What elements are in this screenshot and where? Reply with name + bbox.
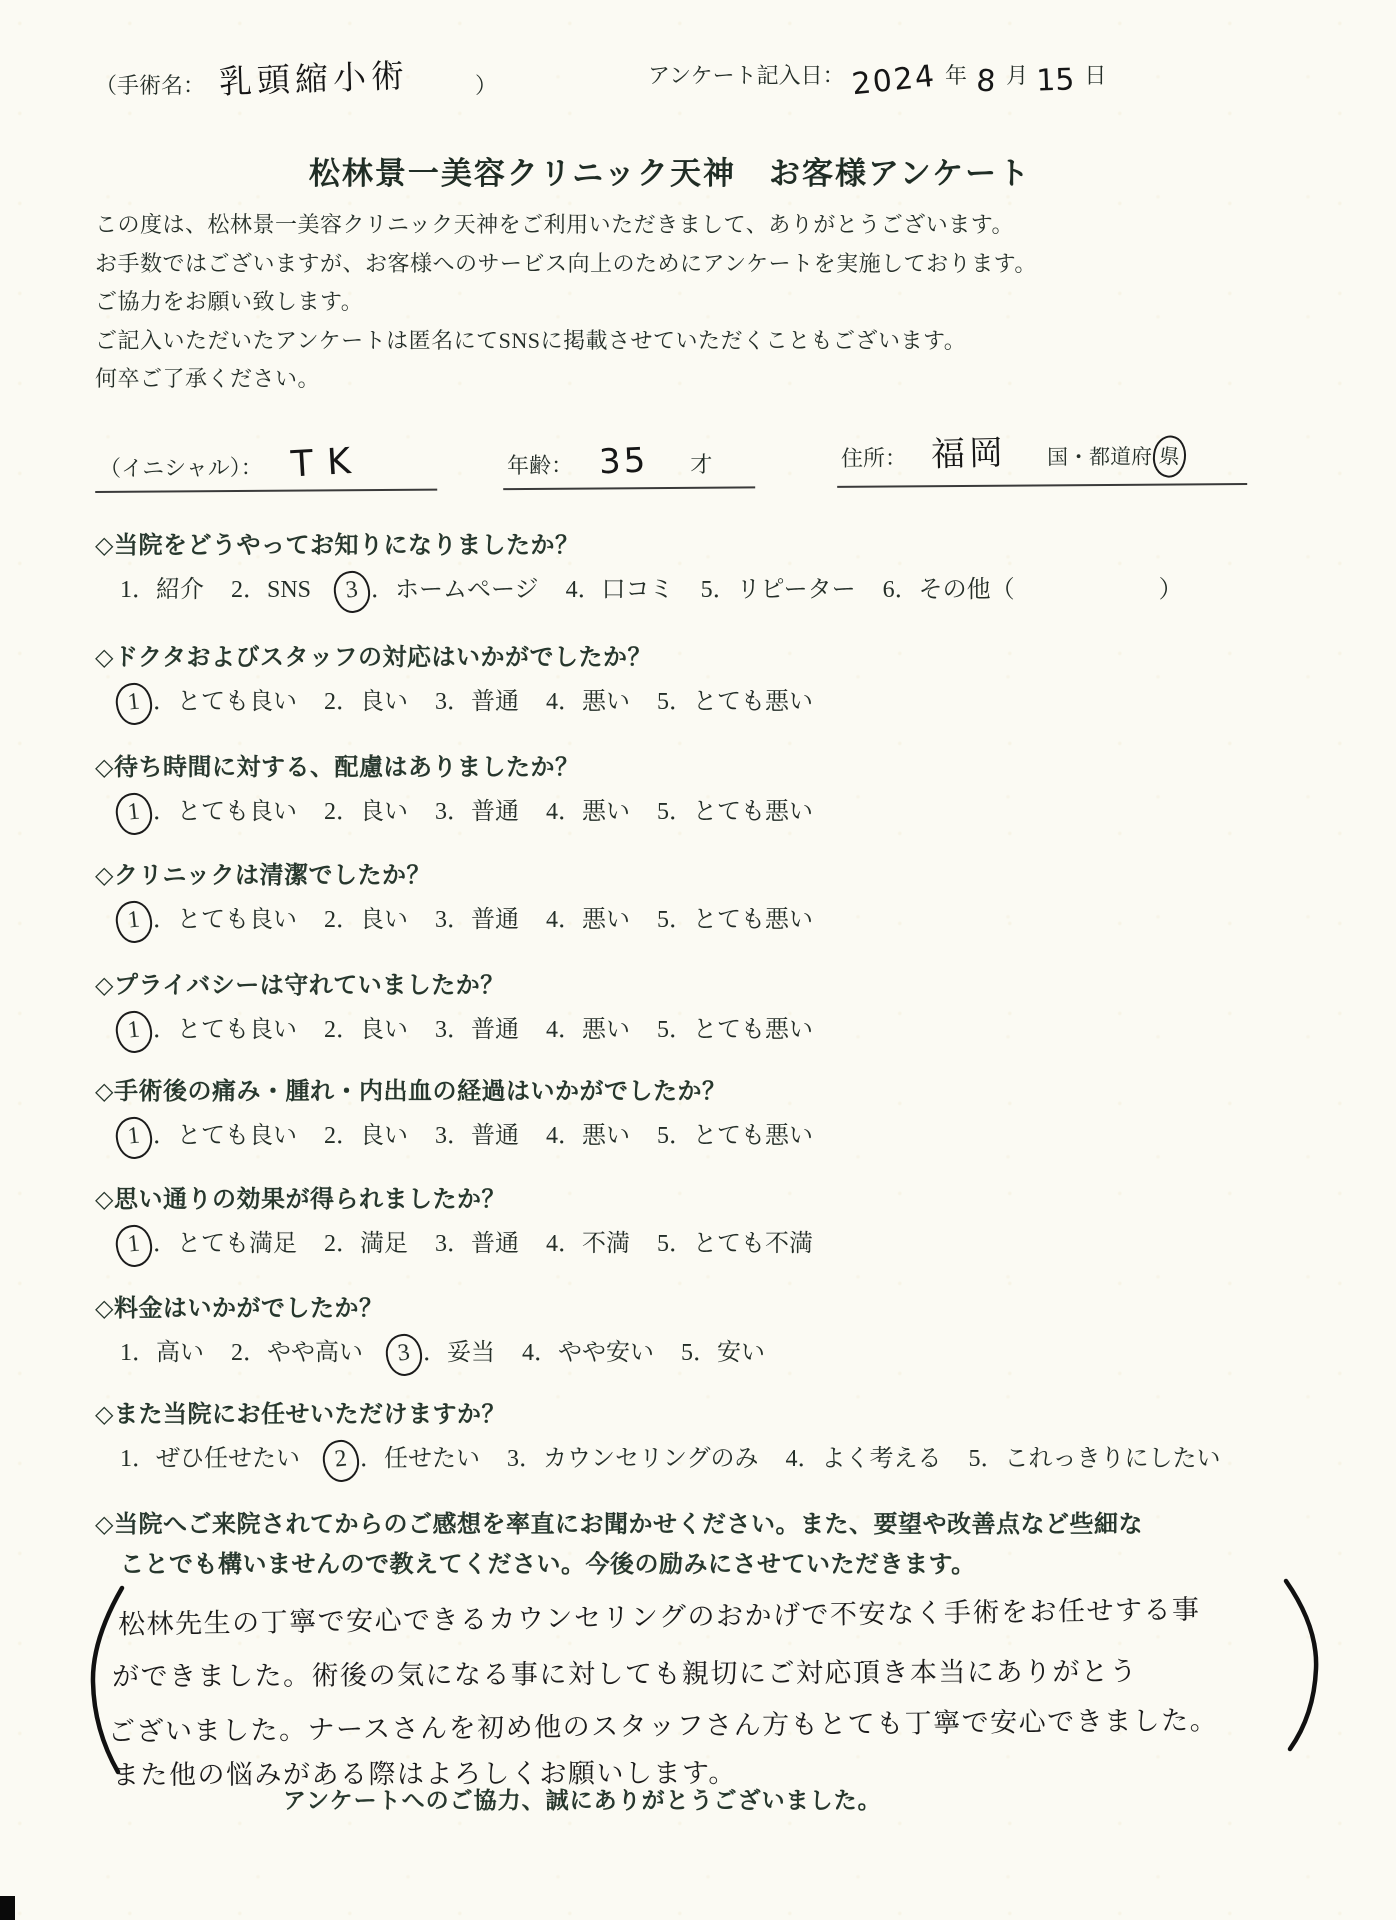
option-item: 3．普通 (435, 689, 519, 715)
option-item: 2．良い (324, 799, 408, 825)
option-number: 4 (786, 1446, 798, 1473)
initials-field: （イニシャル）：TK (95, 442, 437, 493)
option-label: ．良い (336, 907, 408, 933)
option-item: 2．良い (324, 689, 408, 715)
option-item: 4．不満 (546, 1231, 630, 1257)
intro-line: ご協力をお願い致します。 (95, 283, 1037, 322)
option-number: 1 (120, 577, 132, 604)
age-handwritten-value: 35 (598, 440, 649, 482)
address-label: 住所： (841, 445, 907, 470)
region-prefix: 国・都道府 (1047, 445, 1152, 470)
option-item: 5．とても悪い (657, 1123, 813, 1149)
option-label: ．普通 (447, 1231, 519, 1257)
circled-answer: 1 (114, 791, 154, 837)
option-label: ．悪い (558, 689, 630, 715)
region-circled-answer: 県 (1150, 434, 1188, 480)
intro-line: ご記入いただいたアンケートは匿名にてSNSに掲載させていただくこともございます。 (95, 322, 1037, 361)
free-question-line1: ◇当院へご来院されてからのご感想を率直にお聞かせください。また、要望や改善点など… (95, 1505, 1355, 1545)
option-number: 5 (657, 799, 669, 826)
question-heading: ◇また当院にお任せいただけますか？ (95, 1394, 1355, 1429)
option-label: ．リピーター (713, 577, 856, 603)
option-number: 2 (324, 907, 336, 934)
handwritten-comment-line: ができました。術後の気になる事に対しても親切にご対応頂き本当にありがとう (112, 1649, 1138, 1693)
question-block-8: ◇料金はいかがでしたか？ 1．高い2．やや高い3．妥当4．やや安い5．安い (95, 1288, 1355, 1368)
option-item: 1．とても良い (120, 689, 297, 715)
footer-thanks: アンケートへのご協力、誠にありがとうございました。 (283, 1782, 882, 1815)
circled-answer: 1 (114, 899, 154, 945)
question-block-5: ◇プライバシーは守れていましたか？ 1．とても良い2．良い3．普通4．悪い5．と… (95, 965, 1355, 1045)
option-number: 5 (657, 1231, 669, 1258)
option-number: 3 (435, 799, 447, 826)
option-number: 4 (546, 1123, 558, 1150)
option-label: ．良い (336, 799, 408, 825)
option-item: 4．悪い (546, 907, 630, 933)
option-item: 2．良い (324, 907, 408, 933)
option-label: ．悪い (558, 907, 630, 933)
comment-bracket-right (1280, 1575, 1324, 1755)
question-heading: ◇思い通りの効果が得られましたか？ (95, 1179, 1355, 1214)
option-number: 5 (657, 1123, 669, 1150)
circled-answer: 1 (114, 1115, 154, 1161)
intro-line: この度は、松林景一美容クリニック天神をご利用いただきまして、ありがとうございます… (95, 206, 1037, 245)
question-options: 1．とても良い2．良い3．普通4．悪い5．とても悪い (95, 1009, 1355, 1045)
option-label: ．任せたい (360, 1446, 480, 1472)
question-heading: ◇待ち時間に対する、配慮はありましたか？ (95, 747, 1355, 782)
question-heading: ◇プライバシーは守れていましたか？ (95, 965, 1355, 1000)
option-label: ．カウンセリングのみ (519, 1446, 759, 1472)
option-label: ．やや高い (243, 1340, 363, 1366)
question-block-7: ◇思い通りの効果が得られましたか？ 1．とても満足2．満足3．普通4．不満5．と… (95, 1179, 1355, 1259)
option-number: 3 (435, 907, 447, 934)
option-label: ．その他（ ） (895, 577, 1183, 603)
intro-paragraph: この度は、松林景一美容クリニック天神をご利用いただきまして、ありがとうございます… (95, 206, 1037, 399)
option-label: ．紹介 (132, 577, 204, 603)
option-item: 2．良い (324, 1017, 408, 1043)
option-item: 3．普通 (435, 1017, 519, 1043)
option-item: 2．任せたい (327, 1446, 480, 1472)
option-number: 1 (120, 1446, 132, 1473)
option-item: 2．良い (324, 1123, 408, 1149)
option-number: 4 (546, 689, 558, 716)
option-label: ．悪い (558, 799, 630, 825)
circled-answer: 3 (332, 569, 372, 615)
profile-row: （イニシャル）：TK 年齢：35才 住所：福岡国・都道府県 (95, 424, 1247, 493)
option-label: ．とても悪い (669, 689, 813, 715)
age-field: 年齢：35才 (503, 440, 755, 490)
option-number: 5 (657, 907, 669, 934)
page-title: 松林景一美容クリニック天神 お客様アンケート (95, 148, 1245, 193)
option-number: 3 (435, 1123, 447, 1150)
survey-date-field: アンケート記入日：2024年8月15日 (648, 56, 1112, 91)
date-label: アンケート記入日： (648, 63, 845, 88)
question-block-4: ◇クリニックは清潔でしたか？ 1．とても良い2．良い3．普通4．悪い5．とても悪… (95, 855, 1355, 935)
surgery-name-close-label: ） (475, 73, 497, 98)
option-item: 5．とても悪い (657, 1017, 813, 1043)
option-label: ．高い (132, 1340, 204, 1366)
option-item: 3．普通 (435, 1123, 519, 1149)
option-number: 4 (546, 1017, 558, 1044)
option-label: ．悪い (558, 1123, 630, 1149)
intro-line: 何卒ご了承ください。 (95, 360, 1037, 399)
address-field: 住所：福岡国・都道府県 (837, 424, 1247, 488)
option-label: ．SNS (243, 577, 311, 603)
option-number: 4 (522, 1340, 534, 1367)
circled-answer: 1 (114, 1009, 154, 1055)
option-item: 3．普通 (435, 907, 519, 933)
handwritten-comment-line: 松林先生の丁寧で安心できるカウンセリングのおかげで不安なく手術をお任せする事 (118, 1587, 1201, 1641)
option-number: 2 (324, 799, 336, 826)
option-number: 2 (324, 689, 336, 716)
option-label: ．とても悪い (669, 1123, 813, 1149)
option-label: ．とても悪い (669, 907, 813, 933)
option-number: 3 (435, 1017, 447, 1044)
question-options: 1．ぜひ任せたい2．任せたい3．カウンセリングのみ4．よく考える5．これっきりに… (95, 1438, 1355, 1474)
address-handwritten-value: 福岡 (930, 425, 1007, 476)
question-block-2: ◇ドクタおよびスタッフの対応はいかがでしたか？ 1．とても良い2．良い3．普通4… (95, 637, 1355, 717)
surgery-name-handwritten-value: 乳頭縮小術 (218, 50, 410, 104)
option-number: 2 (231, 1340, 243, 1367)
option-label: ．とても良い (153, 1017, 297, 1043)
option-item: 3．カウンセリングのみ (507, 1446, 759, 1472)
option-number: 2 (324, 1231, 336, 1258)
question-options: 1．とても良い2．良い3．普通4．悪い5．とても悪い (95, 791, 1355, 827)
option-number: 4 (546, 799, 558, 826)
surgery-name-field: （手術名：乳頭縮小術） (95, 56, 497, 103)
option-label: ．とても満足 (153, 1231, 297, 1257)
option-number: 3 (435, 689, 447, 716)
option-number: 4 (546, 1231, 558, 1258)
question-options: 1．とても良い2．良い3．普通4．悪い5．とても悪い (95, 681, 1355, 717)
option-label: ．とても悪い (669, 799, 813, 825)
question-options: 1．とても良い2．良い3．普通4．悪い5．とても悪い (95, 899, 1355, 935)
option-number: 5 (657, 689, 669, 716)
option-item: 5．安い (681, 1340, 765, 1366)
option-number: 2 (324, 1123, 336, 1150)
option-item: 4．悪い (546, 689, 630, 715)
option-item: 5．リピーター (701, 577, 856, 603)
option-item: 5．とても悪い (657, 689, 813, 715)
option-label: ．普通 (447, 907, 519, 933)
option-item: 5．これっきりにしたい (969, 1446, 1221, 1472)
option-item: 4．悪い (546, 799, 630, 825)
option-label: ．ホームページ (371, 577, 539, 603)
question-heading: ◇当院をどうやってお知りになりましたか？ (95, 525, 1355, 560)
option-label: ．良い (336, 1017, 408, 1043)
date-day-unit: 日 (1084, 63, 1106, 88)
option-item: 1．ぜひ任せたい (120, 1446, 300, 1472)
question-heading: ◇料金はいかがでしたか？ (95, 1288, 1355, 1323)
option-label: ．とても良い (153, 907, 297, 933)
option-item: 5．とても悪い (657, 799, 813, 825)
question-options: 1．高い2．やや高い3．妥当4．やや安い5．安い (95, 1332, 1355, 1368)
option-label: ．とても良い (153, 689, 297, 715)
question-heading: ◇手術後の痛み・腫れ・内出血の経過はいかがでしたか？ (95, 1071, 1355, 1106)
survey-page: （手術名：乳頭縮小術） アンケート記入日：2024年8月15日 松林景一美容クリ… (0, 0, 1396, 1920)
option-item: 1．高い (120, 1340, 204, 1366)
circled-answer: 2 (321, 1438, 361, 1484)
option-number: 5 (681, 1340, 693, 1367)
option-item: 1．とても良い (120, 1123, 297, 1149)
free-question-line2: ことでも構いませんので教えてください。今後の励みにさせていただきます。 (95, 1545, 1355, 1585)
option-item: 2．やや高い (231, 1340, 363, 1366)
question-block-3: ◇待ち時間に対する、配慮はありましたか？ 1．とても良い2．良い3．普通4．悪い… (95, 747, 1355, 827)
option-label: ．普通 (447, 1123, 519, 1149)
option-label: ．良い (336, 689, 408, 715)
option-label: ．妥当 (423, 1340, 495, 1366)
region-label: 国・都道府県 (1047, 444, 1186, 469)
question-options: 1．とても良い2．良い3．普通4．悪い5．とても悪い (95, 1115, 1355, 1151)
option-item: 1．とても満足 (120, 1231, 297, 1257)
option-label: ．普通 (447, 689, 519, 715)
option-label: ．とても不満 (669, 1231, 813, 1257)
option-label: ．とても良い (153, 1123, 297, 1149)
option-item: 1．紹介 (120, 577, 204, 603)
question-options: 1．とても満足2．満足3．普通4．不満5．とても不満 (95, 1223, 1355, 1259)
date-year-handwritten: 2024 (850, 59, 938, 103)
initials-label: （イニシャル）： (99, 455, 263, 481)
intro-line: お手数ではございますが、お客様へのサービス向上のためにアンケートを実施しておりま… (95, 245, 1037, 284)
option-number: 1 (120, 1340, 132, 1367)
option-label: ．普通 (447, 799, 519, 825)
option-label: ．普通 (447, 1017, 519, 1043)
date-month-handwritten: 8 (975, 63, 996, 99)
option-item: 6．その他（ ） (883, 577, 1183, 603)
date-month-unit: 月 (1006, 63, 1028, 88)
date-year-unit: 年 (945, 63, 967, 88)
option-item: 1．とても良い (120, 907, 297, 933)
option-number: 5 (969, 1446, 981, 1473)
question-block-9: ◇また当院にお任せいただけますか？ 1．ぜひ任せたい2．任せたい3．カウンセリン… (95, 1394, 1355, 1474)
handwritten-comment-line: ございました。ナースさんを初め他のスタッフさん方もとても丁寧で安心できました。 (108, 1698, 1219, 1749)
option-number: 4 (546, 907, 558, 934)
option-item: 4．悪い (546, 1017, 630, 1043)
option-item: 4．悪い (546, 1123, 630, 1149)
option-number: 2 (324, 1017, 336, 1044)
option-item: 5．とても不満 (657, 1231, 813, 1257)
age-unit-label: 才 (690, 452, 712, 477)
option-label: ．ぜひ任せたい (132, 1446, 300, 1472)
option-item: 1．とても良い (120, 1017, 297, 1043)
option-label: ．口コミ (578, 577, 674, 603)
question-heading: ◇クリニックは清潔でしたか？ (95, 855, 1355, 890)
question-options: 1．紹介2．SNS3．ホームページ4．口コミ5．リピーター6．その他（ ） (95, 569, 1355, 605)
option-item: 3．妥当 (390, 1340, 495, 1366)
option-item: 3．ホームページ (338, 577, 539, 603)
option-number: 4 (566, 577, 578, 604)
option-number: 3 (507, 1446, 519, 1473)
option-label: ．やや安い (534, 1340, 654, 1366)
scan-artifact (0, 1896, 15, 1920)
option-label: ．悪い (558, 1017, 630, 1043)
circled-answer: 1 (114, 1223, 154, 1269)
option-number: 2 (231, 577, 243, 604)
date-day-handwritten: 15 (1036, 62, 1075, 98)
question-block-6: ◇手術後の痛み・腫れ・内出血の経過はいかがでしたか？ 1．とても良い2．良い3．… (95, 1071, 1355, 1151)
option-label: ．不満 (558, 1231, 630, 1257)
option-label: ．満足 (336, 1231, 408, 1257)
option-item: 2．SNS (231, 577, 311, 603)
question-heading: ◇ドクタおよびスタッフの対応はいかがでしたか？ (95, 637, 1355, 672)
option-number: 5 (657, 1017, 669, 1044)
surgery-name-open-label: （手術名： (95, 73, 205, 98)
option-item: 3．普通 (435, 1231, 519, 1257)
initials-handwritten-value: TK (290, 440, 366, 485)
option-item: 4．口コミ (566, 577, 674, 603)
free-comment-question: ◇当院へご来院されてからのご感想を率直にお聞かせください。また、要望や改善点など… (95, 1505, 1355, 1585)
option-number: 5 (701, 577, 713, 604)
option-label: ．これっきりにしたい (981, 1446, 1221, 1472)
circled-answer: 3 (384, 1332, 424, 1378)
option-item: 4．やや安い (522, 1340, 654, 1366)
option-item: 3．普通 (435, 799, 519, 825)
option-item: 1．とても良い (120, 799, 297, 825)
option-label: ．安い (693, 1340, 765, 1366)
option-label: ．よく考える (798, 1446, 942, 1472)
question-block-1: ◇当院をどうやってお知りになりましたか？ 1．紹介2．SNS3．ホームページ4．… (95, 525, 1355, 605)
option-number: 6 (883, 577, 895, 604)
option-label: ．良い (336, 1123, 408, 1149)
option-number: 3 (435, 1231, 447, 1258)
circled-answer: 1 (114, 681, 154, 727)
option-item: 4．よく考える (786, 1446, 942, 1472)
option-item: 5．とても悪い (657, 907, 813, 933)
option-label: ．とても悪い (669, 1017, 813, 1043)
option-label: ．とても良い (153, 799, 297, 825)
option-item: 2．満足 (324, 1231, 408, 1257)
age-label: 年齢： (507, 453, 573, 478)
